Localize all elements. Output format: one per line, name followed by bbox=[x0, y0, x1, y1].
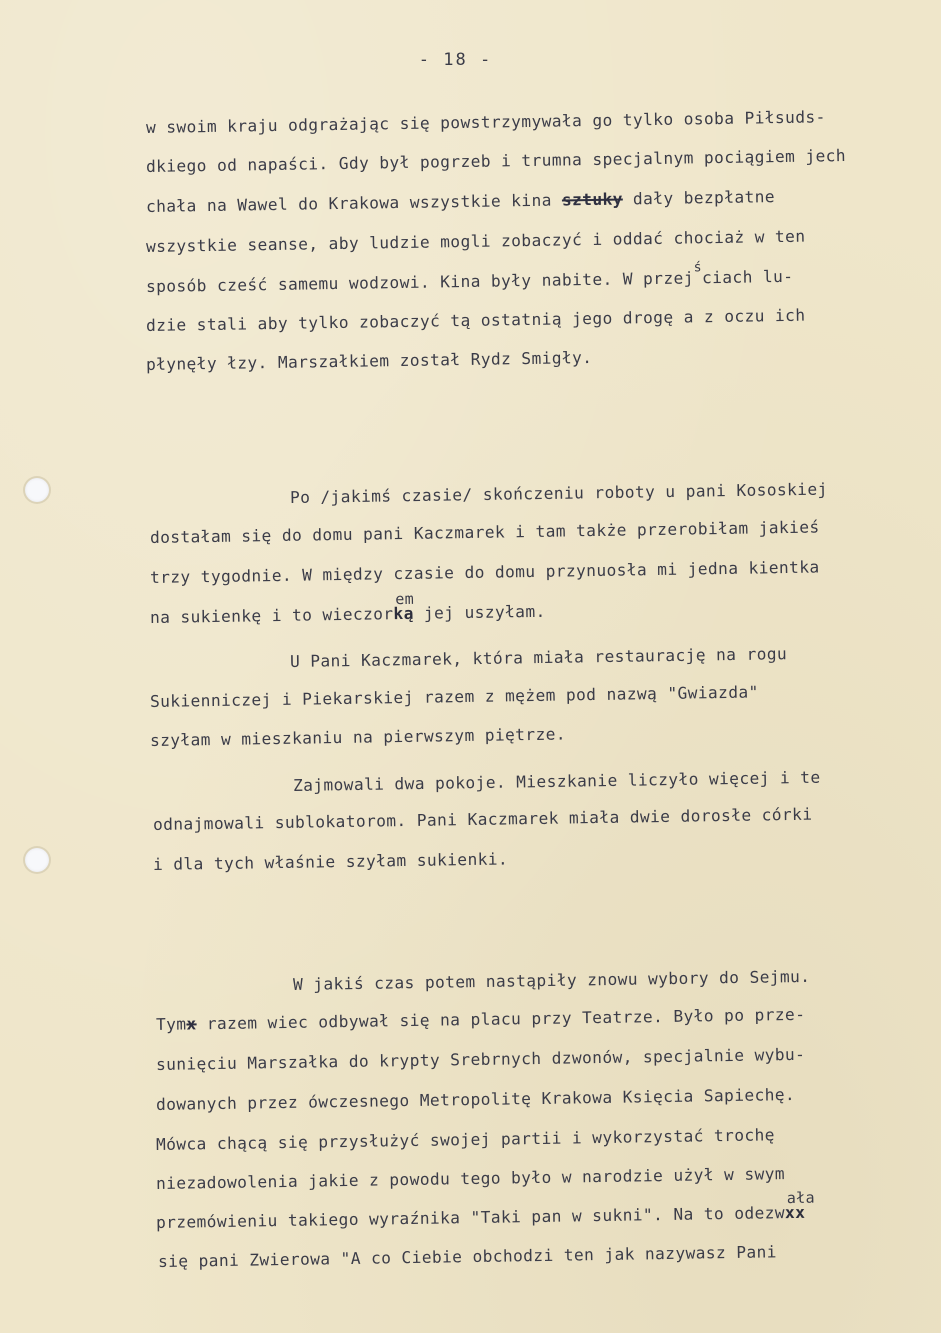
punch-hole-top bbox=[25, 478, 49, 502]
typed-correction: emką bbox=[393, 604, 414, 623]
superscript-char: ś bbox=[694, 260, 702, 275]
struck-word: sztuky bbox=[562, 190, 623, 210]
struck-char: x bbox=[186, 1014, 196, 1033]
page-number: - 18 - bbox=[0, 50, 941, 70]
typed-correction: ałaxx bbox=[785, 1203, 806, 1222]
punch-hole-bottom bbox=[25, 848, 49, 872]
